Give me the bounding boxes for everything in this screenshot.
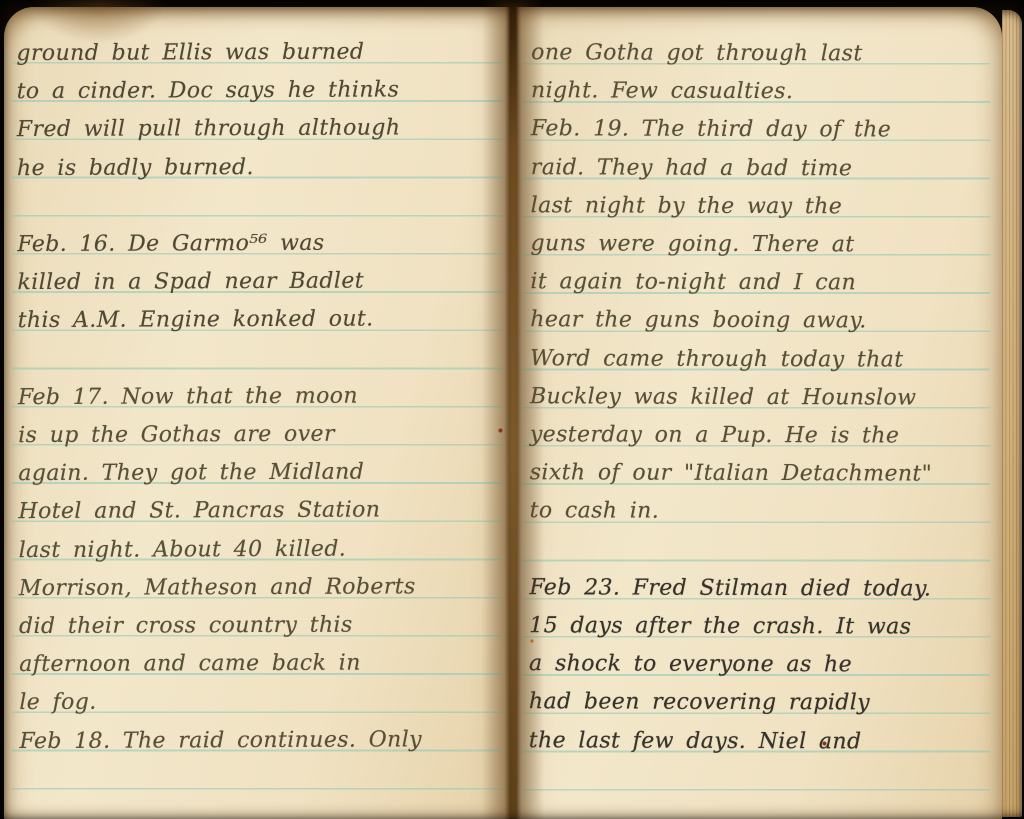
left-page: ground but Ellis was burnedto a cinder. … [4, 7, 510, 819]
handwriting-line: Buckley was killed at Hounslow [530, 378, 998, 418]
book-gutter [482, 0, 544, 819]
handwriting-line: one Gotha got through last [531, 34, 999, 74]
ink-spot [530, 639, 534, 643]
handwriting-line: again. They got the Midland [18, 453, 506, 493]
handwriting-line: Morrison, Matheson and Roberts [19, 568, 507, 608]
handwriting-line: afternoon and came back in [19, 644, 507, 684]
handwriting-line: did their cross country this [19, 606, 507, 646]
handwriting-line: a shock to everyone as he [529, 645, 997, 685]
stacked-page-edges [1002, 10, 1022, 817]
handwriting-line: Feb 17. Now that the moon [18, 377, 506, 417]
handwriting-line: Word came through today that [530, 340, 998, 380]
handwriting-line: ground but Ellis was burned [16, 33, 504, 73]
handwriting-line: to cash in. [530, 493, 998, 533]
handwriting-right: one Gotha got through lastnight. Few cas… [529, 34, 1000, 761]
handwriting-line: night. Few casualties. [531, 72, 999, 112]
handwriting-line: killed in a Spad near Badlet [17, 262, 505, 302]
handwriting-line: is up the Gothas are over [18, 415, 506, 455]
handwriting-line: sixth of our "Italian Detachment" [530, 454, 998, 494]
handwriting-line: Fred will pull through although [17, 109, 505, 149]
handwriting-line: it again to-night and I can [530, 263, 998, 303]
right-page: one Gotha got through lastnight. Few cas… [512, 7, 1002, 819]
handwriting-line: Feb. 19. The third day of the [531, 111, 999, 151]
handwriting-line: guns were going. There at [530, 225, 998, 265]
handwriting-line: Hotel and St. Pancras Station [18, 491, 506, 531]
handwriting-line: had been recovering rapidly [529, 684, 997, 724]
handwriting-line: le fog. [19, 682, 507, 722]
binding-shadow [509, 0, 517, 819]
handwriting-line: raid. They had a bad time [531, 149, 999, 189]
diary-photo: ground but Ellis was burnedto a cinder. … [0, 0, 1024, 819]
ink-spot [822, 741, 827, 746]
handwriting-line: 15 days after the crash. It was [529, 607, 997, 647]
handwriting-line [18, 339, 506, 379]
handwriting-line: last night. About 40 killed. [19, 530, 507, 570]
handwriting-line: Feb 18. The raid continues. Only [19, 721, 507, 761]
handwriting-line: this A.M. Engine konked out. [18, 300, 506, 340]
handwriting-line: he is badly burned. [17, 148, 505, 188]
handwriting-line: hear the guns booing away. [530, 302, 998, 342]
handwriting-line: to a cinder. Doc says he thinks [17, 71, 505, 111]
handwriting-line: last night by the way the [531, 187, 999, 227]
handwriting-left: ground but Ellis was burnedto a cinder. … [16, 33, 507, 761]
handwriting-line: the last few days. Niel and [529, 722, 997, 762]
handwriting-line: yesterday on a Pup. He is the [530, 416, 998, 456]
handwriting-line: Feb 23. Fred Stilman died today. [529, 569, 997, 609]
handwriting-line: Feb. 16. De Garmo⁵⁶ was [17, 224, 505, 264]
handwriting-line [529, 531, 997, 571]
ink-spot [498, 428, 503, 433]
handwriting-line [17, 186, 505, 226]
